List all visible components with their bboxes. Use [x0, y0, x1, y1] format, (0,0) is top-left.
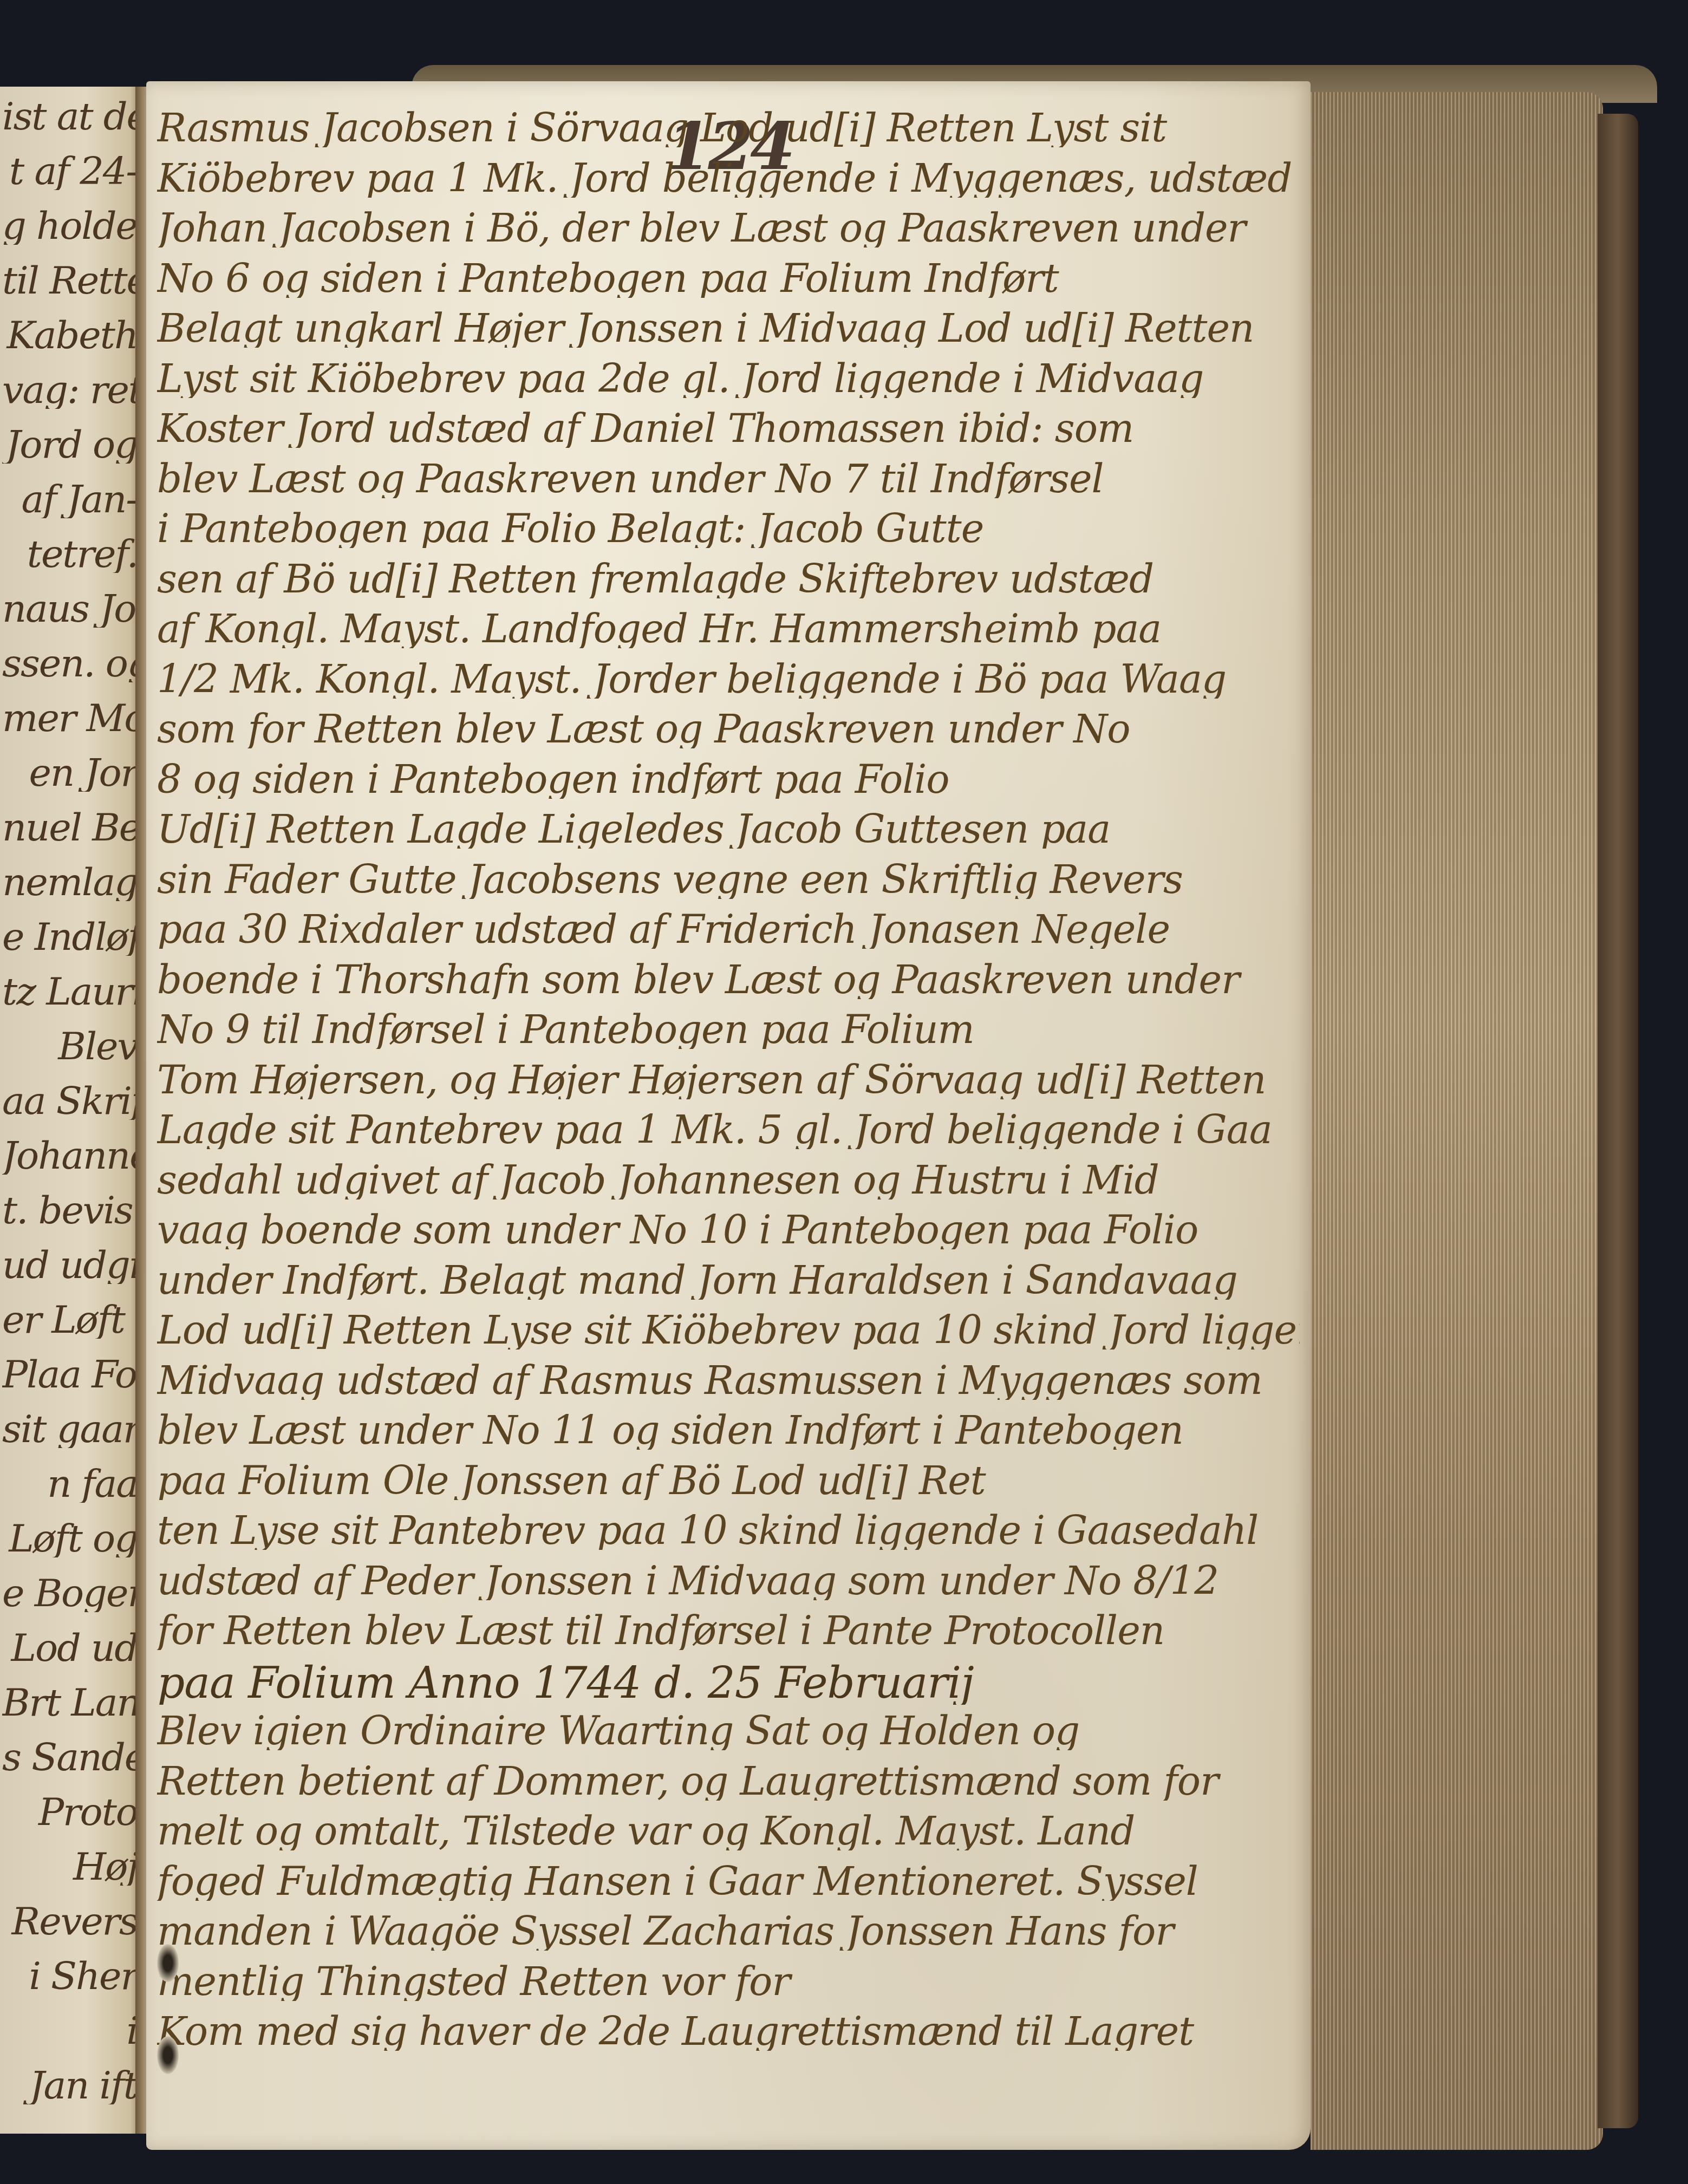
- left-page-line: tetref.: [2, 535, 138, 573]
- manuscript-line: No 9 til Indførsel i Pantebogen paa Foli…: [157, 1010, 1300, 1049]
- left-page-line: nuel Be-: [2, 809, 138, 846]
- left-page-line: Kabeth: [2, 316, 138, 354]
- manuscript-line: sin Fader Gutte Jacobsens vegne een Skri…: [157, 860, 1300, 899]
- left-page-line: naus Jordj:: [2, 590, 138, 628]
- left-page-line: Lod ud: [2, 1629, 138, 1667]
- manuscript-line: Lod ud[i] Retten Lyse sit Kiöbebrev paa …: [157, 1311, 1300, 1349]
- manuscript-line: for Retten blev Læst til Indførsel i Pan…: [157, 1611, 1300, 1650]
- manuscript-line: Kom med sig haver de 2de Laugrettismænd …: [157, 2012, 1300, 2051]
- left-page-line: g holden: [2, 207, 138, 245]
- manuscript-line: blev Læst og Paaskreven under No 7 til I…: [157, 459, 1300, 498]
- left-page-line: ud udgif: [2, 1246, 138, 1284]
- manuscript-line: boende i Thorshafn som blev Læst og Paas…: [157, 960, 1300, 999]
- manuscript-line: paa 30 Rixdaler udstæd af Friderich Jona…: [157, 910, 1300, 949]
- manuscript-line: under Indført. Belagt mand Jorn Haraldse…: [157, 1261, 1300, 1300]
- left-page-line: Revers: [2, 1902, 138, 1940]
- book-cover-edge: [1598, 114, 1638, 2128]
- left-page-line: til Retten: [2, 262, 138, 299]
- left-page-line: Jord og: [2, 426, 138, 464]
- manuscript-line: Retten betient af Dommer, og Laugrettism…: [157, 1762, 1300, 1801]
- manuscript-line: sedahl udgivet af Jacob Johannesen og Hu…: [157, 1161, 1300, 1199]
- manuscript-line: melt og omtalt, Tilstede var og Kongl. M…: [157, 1811, 1300, 1850]
- manuscript-line: Midvaag udstæd af Rasmus Rasmussen i Myg…: [157, 1361, 1300, 1400]
- manuscript-line: Ud[i] Retten Lagde Ligeledes Jacob Gutte…: [157, 810, 1300, 849]
- manuscript-line: Belagt ungkarl Højer Jonssen i Midvaag L…: [157, 309, 1300, 348]
- left-page-line: aa Skrift: [2, 1082, 138, 1120]
- left-page-line: Plaa Folio: [2, 1355, 138, 1393]
- left-page-line: Blev: [2, 1027, 138, 1065]
- left-page-line: tz Lauritz: [2, 973, 138, 1010]
- manuscript-line: 1/2 Mk. Kongl. Mayst. Jorder beliggende …: [157, 660, 1300, 699]
- manuscript-line: Tom Højersen, og Højer Højersen af Sörva…: [157, 1060, 1300, 1099]
- manuscript-line: vaag boende som under No 10 i Pantebogen…: [157, 1210, 1300, 1249]
- manuscript-line: paa Folium Anno 1744 d. 25 Februarij: [157, 1661, 1300, 1705]
- left-page-line: e Bogen: [2, 1574, 138, 1612]
- manuscript-line: Kiöbebrev paa 1 Mk. Jord beliggende i My…: [157, 159, 1300, 198]
- left-page-line: t. bevis paa: [2, 1191, 138, 1229]
- manuscript-line: blev Læst under No 11 og siden Indført i…: [157, 1411, 1300, 1450]
- manuscript-line: Blev igien Ordinaire Waarting Sat og Hol…: [157, 1711, 1300, 1750]
- manuscript-line: 8 og siden i Pantebogen indført paa Foli…: [157, 760, 1300, 799]
- manuscript-line: paa Folium Ole Jonssen af Bö Lod ud[i] R…: [157, 1461, 1300, 1500]
- left-page-line: ssen. og: [2, 644, 138, 682]
- left-page-line: i: [2, 2012, 138, 2050]
- left-page-line: t af 24-: [2, 152, 138, 190]
- left-page-line: mer Mott: [2, 699, 138, 737]
- binding-hole: [157, 1944, 179, 1982]
- left-page-line: Brt Land: [2, 1684, 138, 1722]
- manuscript-line: som for Retten blev Læst og Paaskreven u…: [157, 709, 1300, 748]
- left-page-line: n faa: [2, 1465, 138, 1503]
- left-page-line: s Sander: [2, 1738, 138, 1776]
- manuscript-line: Rasmus Jacobsen i Sörvaag Lod ud[i] Rett…: [157, 108, 1300, 147]
- left-page-line: Høj: [2, 1848, 138, 1886]
- left-page-line: e Indløft: [2, 918, 138, 956]
- manuscript-line: ten Lyse sit Pantebrev paa 10 skind ligg…: [157, 1511, 1300, 1550]
- left-page-line: Proto: [2, 1793, 138, 1831]
- manuscript-line: foged Fuldmægtig Hansen i Gaar Mentioner…: [157, 1862, 1300, 1901]
- manuscript-line: Koster Jord udstæd af Daniel Thomassen i…: [157, 409, 1300, 448]
- book-fore-edge: [1311, 92, 1603, 2150]
- manuscript-line: i Pantebogen paa Folio Belagt: Jacob Gut…: [157, 509, 1300, 548]
- manuscript-line: af Kongl. Mayst. Landfoged Hr. Hammershe…: [157, 609, 1300, 648]
- manuscript-line: mentlig Thingsted Retten vor for: [157, 1962, 1300, 2001]
- left-page-line: er Løft og: [2, 1301, 138, 1339]
- manuscript-line: Lyst sit Kiöbebrev paa 2de gl. Jord ligg…: [157, 359, 1300, 398]
- left-page-line: nemlag: [2, 863, 138, 901]
- left-page-fragment: ist at dert af 24-g holdentil RettenKabe…: [0, 87, 142, 2134]
- manuscript-line: udstæd af Peder Jonssen i Midvaag som un…: [157, 1561, 1300, 1600]
- left-page-line: ist at der: [2, 97, 138, 135]
- left-page-line: sit gaar: [2, 1410, 138, 1448]
- left-page-line: vag: retten: [2, 371, 138, 409]
- manuscript-line: sen af Bö ud[i] Retten fremlagde Skifteb…: [157, 559, 1300, 598]
- binding-hole: [157, 2036, 179, 2074]
- left-page-line: Johannes: [2, 1137, 138, 1175]
- manuscript-line: Johan Jacobsen i Bö, der blev Læst og Pa…: [157, 208, 1300, 247]
- left-page-line: af Jan-: [2, 480, 138, 518]
- left-page-line: i Sher: [2, 1957, 138, 1995]
- manuscript-line: No 6 og siden i Pantebogen paa Folium In…: [157, 259, 1300, 298]
- left-page-line: en Jor: [2, 754, 138, 792]
- left-page-line: Jan ift: [2, 2066, 138, 2104]
- left-page-line: Løft og: [2, 1520, 138, 1557]
- manuscript-line: manden i Waagöe Syssel Zacharias Jonssen…: [157, 1912, 1300, 1951]
- manuscript-line: Lagde sit Pantebrev paa 1 Mk. 5 gl. Jord…: [157, 1110, 1300, 1149]
